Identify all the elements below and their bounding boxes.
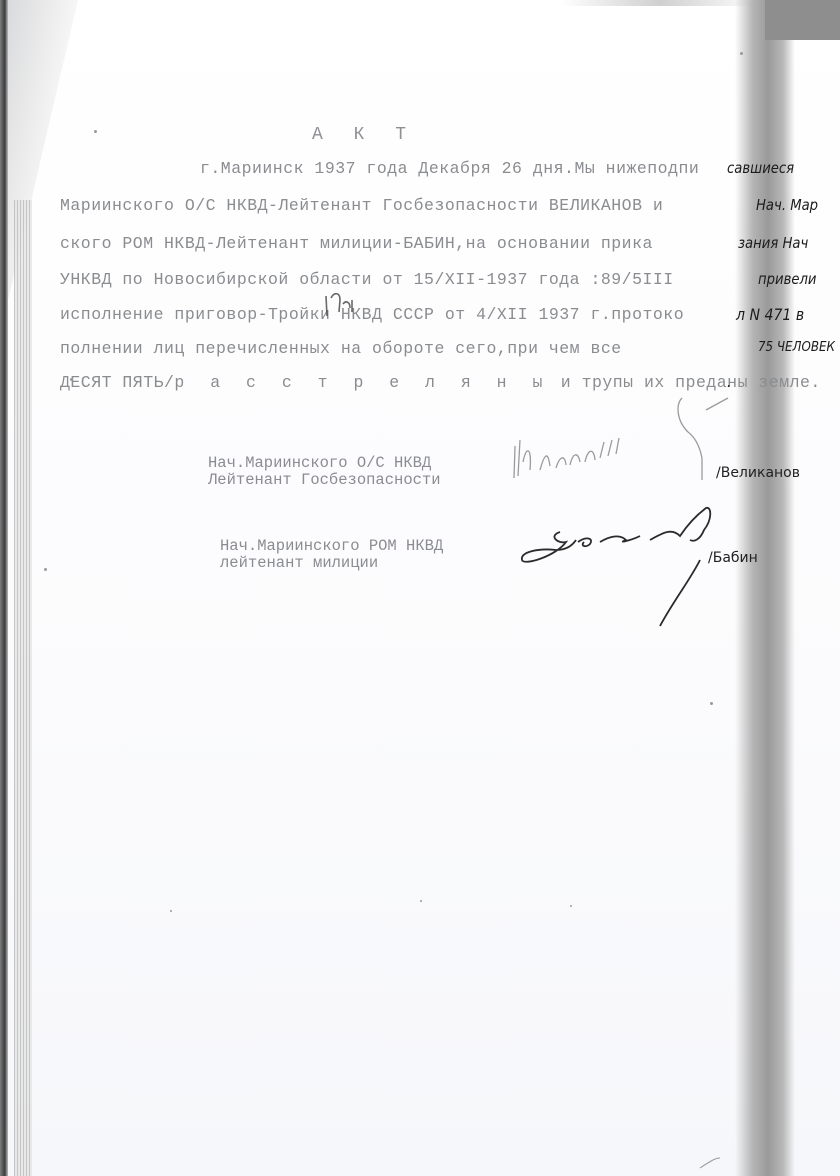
scan-corner-shadow <box>765 0 840 40</box>
signature-babin <box>522 508 710 626</box>
handwritten-addition-4: привели <box>758 272 817 287</box>
signatory-1-rank: Лейтенант Госбезопасности <box>208 472 441 489</box>
signatory-2-title: Нач.Мариинского РОМ НКВД <box>220 538 443 555</box>
body-line-7: ДЕСЯТ ПЯТЬ/р а с с т р е л я н ы и трупы… <box>60 375 821 392</box>
signature-velikanov <box>514 398 728 480</box>
handwritten-addition-3: зания Нач <box>738 236 808 251</box>
speck <box>94 130 97 133</box>
speck <box>44 568 47 571</box>
body-line-2: Мариинского О/С НКВД-Лейтенант Госбезопа… <box>60 198 663 215</box>
speck <box>170 910 172 912</box>
signatory-2-rank: лейтенант милиции <box>220 555 378 572</box>
speck <box>420 900 422 902</box>
speck <box>740 52 743 55</box>
speck <box>70 378 73 381</box>
signatory-1-name: /Великанов <box>716 466 800 480</box>
body-line-4: УНКВД по Новосибирской области от 15/XII… <box>60 272 674 289</box>
body-line-3: ского РОМ НКВД-Лейтенант милиции-БАБИН,н… <box>60 236 653 253</box>
signatory-2-name: /Бабин <box>708 551 758 565</box>
handwritten-addition-7: . <box>727 375 731 390</box>
page-stack-edge <box>14 200 32 1176</box>
binding-edge <box>0 0 8 1176</box>
body-line-7-spaced: р а с с т р е л я н ы <box>174 373 550 392</box>
body-line-7-start: ДЕСЯТ ПЯТЬ/ <box>60 373 174 392</box>
handwritten-addition-5: л N 471 в <box>736 307 804 323</box>
body-line-7-end: и трупы их преданы земле. <box>550 373 820 392</box>
body-line-1: г.Мариинск 1937 года Декабря 26 дня.Мы н… <box>200 161 699 178</box>
body-line-5: исполнение приговор-Тройки НКВД СССР от … <box>60 307 684 324</box>
top-edge-scuff <box>560 0 760 6</box>
signatory-1-title: Нач.Мариинского О/С НКВД <box>208 455 431 472</box>
document-title: А К Т <box>312 126 416 144</box>
handwritten-addition-6: 75 ЧЕЛОВЕК <box>758 341 835 355</box>
handwritten-addition-2: Нач. Мар <box>756 198 818 213</box>
scan-marks <box>700 1158 720 1168</box>
speck <box>710 702 713 705</box>
scanned-page: А К Т г.Мариинск 1937 года Декабря 26 дн… <box>0 0 840 1176</box>
speck <box>570 905 572 907</box>
body-line-6: полнении лиц перечисленных на обороте се… <box>60 341 622 358</box>
handwritten-addition-1: савшиеся <box>727 161 794 176</box>
